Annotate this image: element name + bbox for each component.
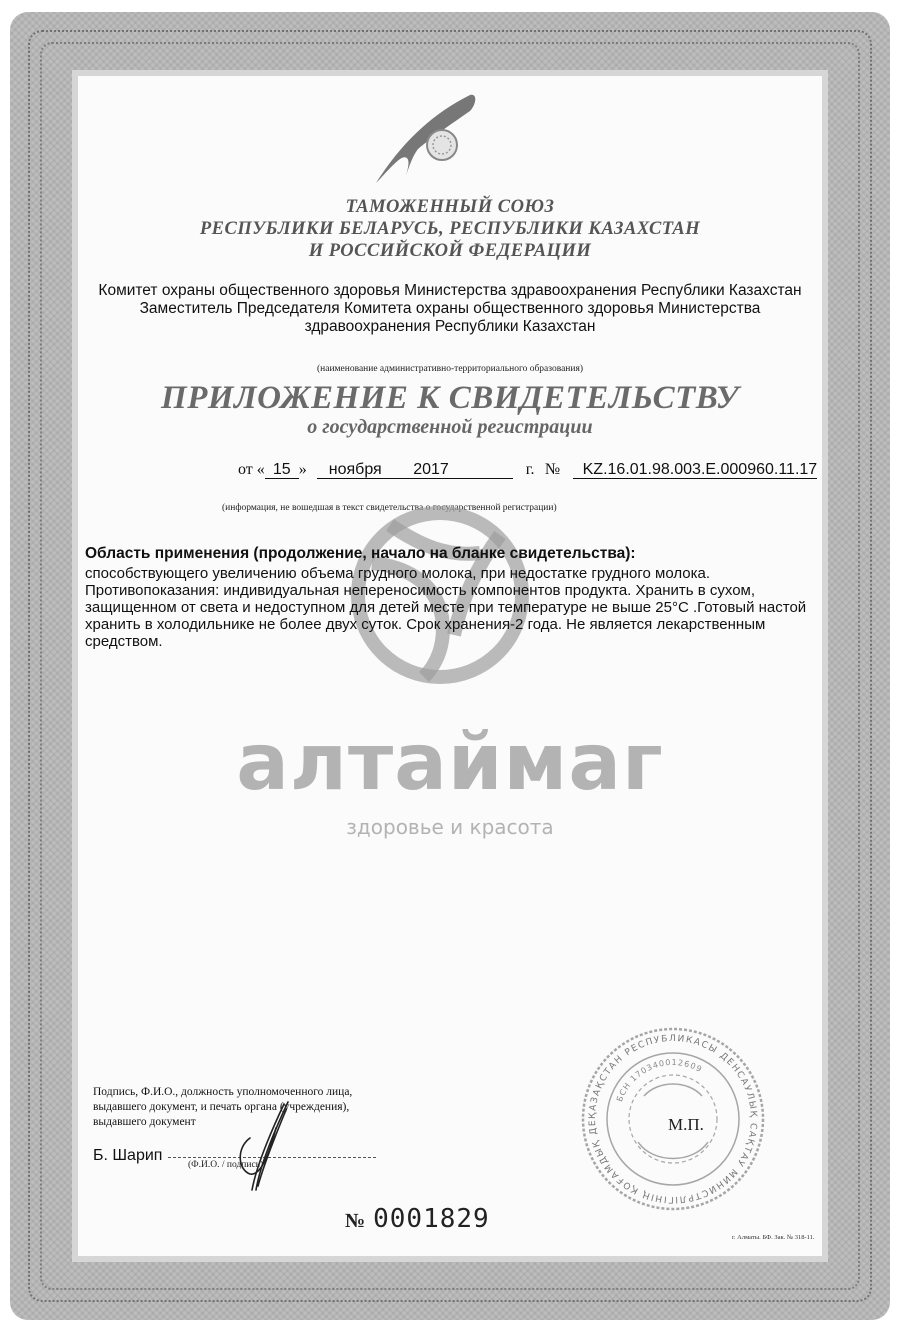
printer-mark: г. Алматы. БФ. Зак. № 318-11. xyxy=(732,1234,815,1241)
year-suffix: г. xyxy=(526,461,535,478)
customs-union-emblem-icon xyxy=(360,85,480,190)
issuing-authority: Комитет охраны общественного здоровья Ми… xyxy=(0,282,900,336)
serial-number-value: 0001829 xyxy=(373,1204,490,1234)
date-day-close: » xyxy=(299,461,307,478)
date-month: ноября xyxy=(317,461,393,479)
union-line-3: И РОССИЙСКОЙ ФЕДЕРАЦИИ xyxy=(0,240,900,262)
serial-number-sign: № xyxy=(345,1210,365,1232)
customs-union-header: ТАМОЖЕННЫЙ СОЮЗ РЕСПУБЛИКИ БЕЛАРУСЬ, РЕС… xyxy=(0,196,900,262)
scope-section: Область применения (продолжение, начало … xyxy=(85,545,825,650)
seal-placeholder-label: М.П. xyxy=(668,1115,704,1135)
signature-label-line-1: Подпись, Ф.И.О., должность уполномоченно… xyxy=(93,1085,352,1100)
scope-body: способствующего увеличению объема грудно… xyxy=(85,565,825,650)
signature-label: Подпись, Ф.И.О., должность уполномоченно… xyxy=(93,1085,352,1130)
handwritten-signature-icon xyxy=(228,1098,298,1193)
date-prefix: от « xyxy=(238,461,265,478)
authority-line-3: здравоохранения Республики Казахстан xyxy=(0,318,900,336)
watermark-brand: алтаймаг xyxy=(0,718,900,808)
date-day: 15 xyxy=(265,461,299,479)
date-number-line: от «15» ноября2017 г. № KZ.16.01.98.003.… xyxy=(238,461,817,479)
number-sign: № xyxy=(545,461,560,478)
union-line-2: РЕСПУБЛИКИ БЕЛАРУСЬ, РЕСПУБЛИКИ КАЗАХСТА… xyxy=(0,218,900,240)
date-year: 2017 xyxy=(393,461,513,479)
signature-label-line-2: выдавшего документ, и печать органа (учр… xyxy=(93,1100,352,1115)
authority-caption: (наименование административно-территориа… xyxy=(0,364,900,374)
certificate-number: KZ.16.01.98.003.E.000960.11.17 xyxy=(573,461,818,479)
signer-name: Б. Шарип xyxy=(93,1147,162,1165)
svg-text:БСН 170340012609: БСН 170340012609 xyxy=(615,1058,704,1103)
signature-label-line-3: выдавшего документ xyxy=(93,1115,352,1130)
document-title: ПРИЛОЖЕНИЕ К СВИДЕТЕЛЬСТВУ xyxy=(0,380,900,417)
form-serial-number: №0001829 xyxy=(345,1203,490,1234)
union-line-1: ТАМОЖЕННЫЙ СОЮЗ xyxy=(0,196,900,218)
scope-heading: Область применения (продолжение, начало … xyxy=(85,545,825,562)
watermark-tagline: здоровье и красота xyxy=(0,815,900,839)
authority-line-2: Заместитель Председателя Комитета охраны… xyxy=(0,300,900,318)
authority-line-1: Комитет охраны общественного здоровья Ми… xyxy=(0,282,900,300)
document-subtitle: о государственной регистрации xyxy=(0,416,900,439)
